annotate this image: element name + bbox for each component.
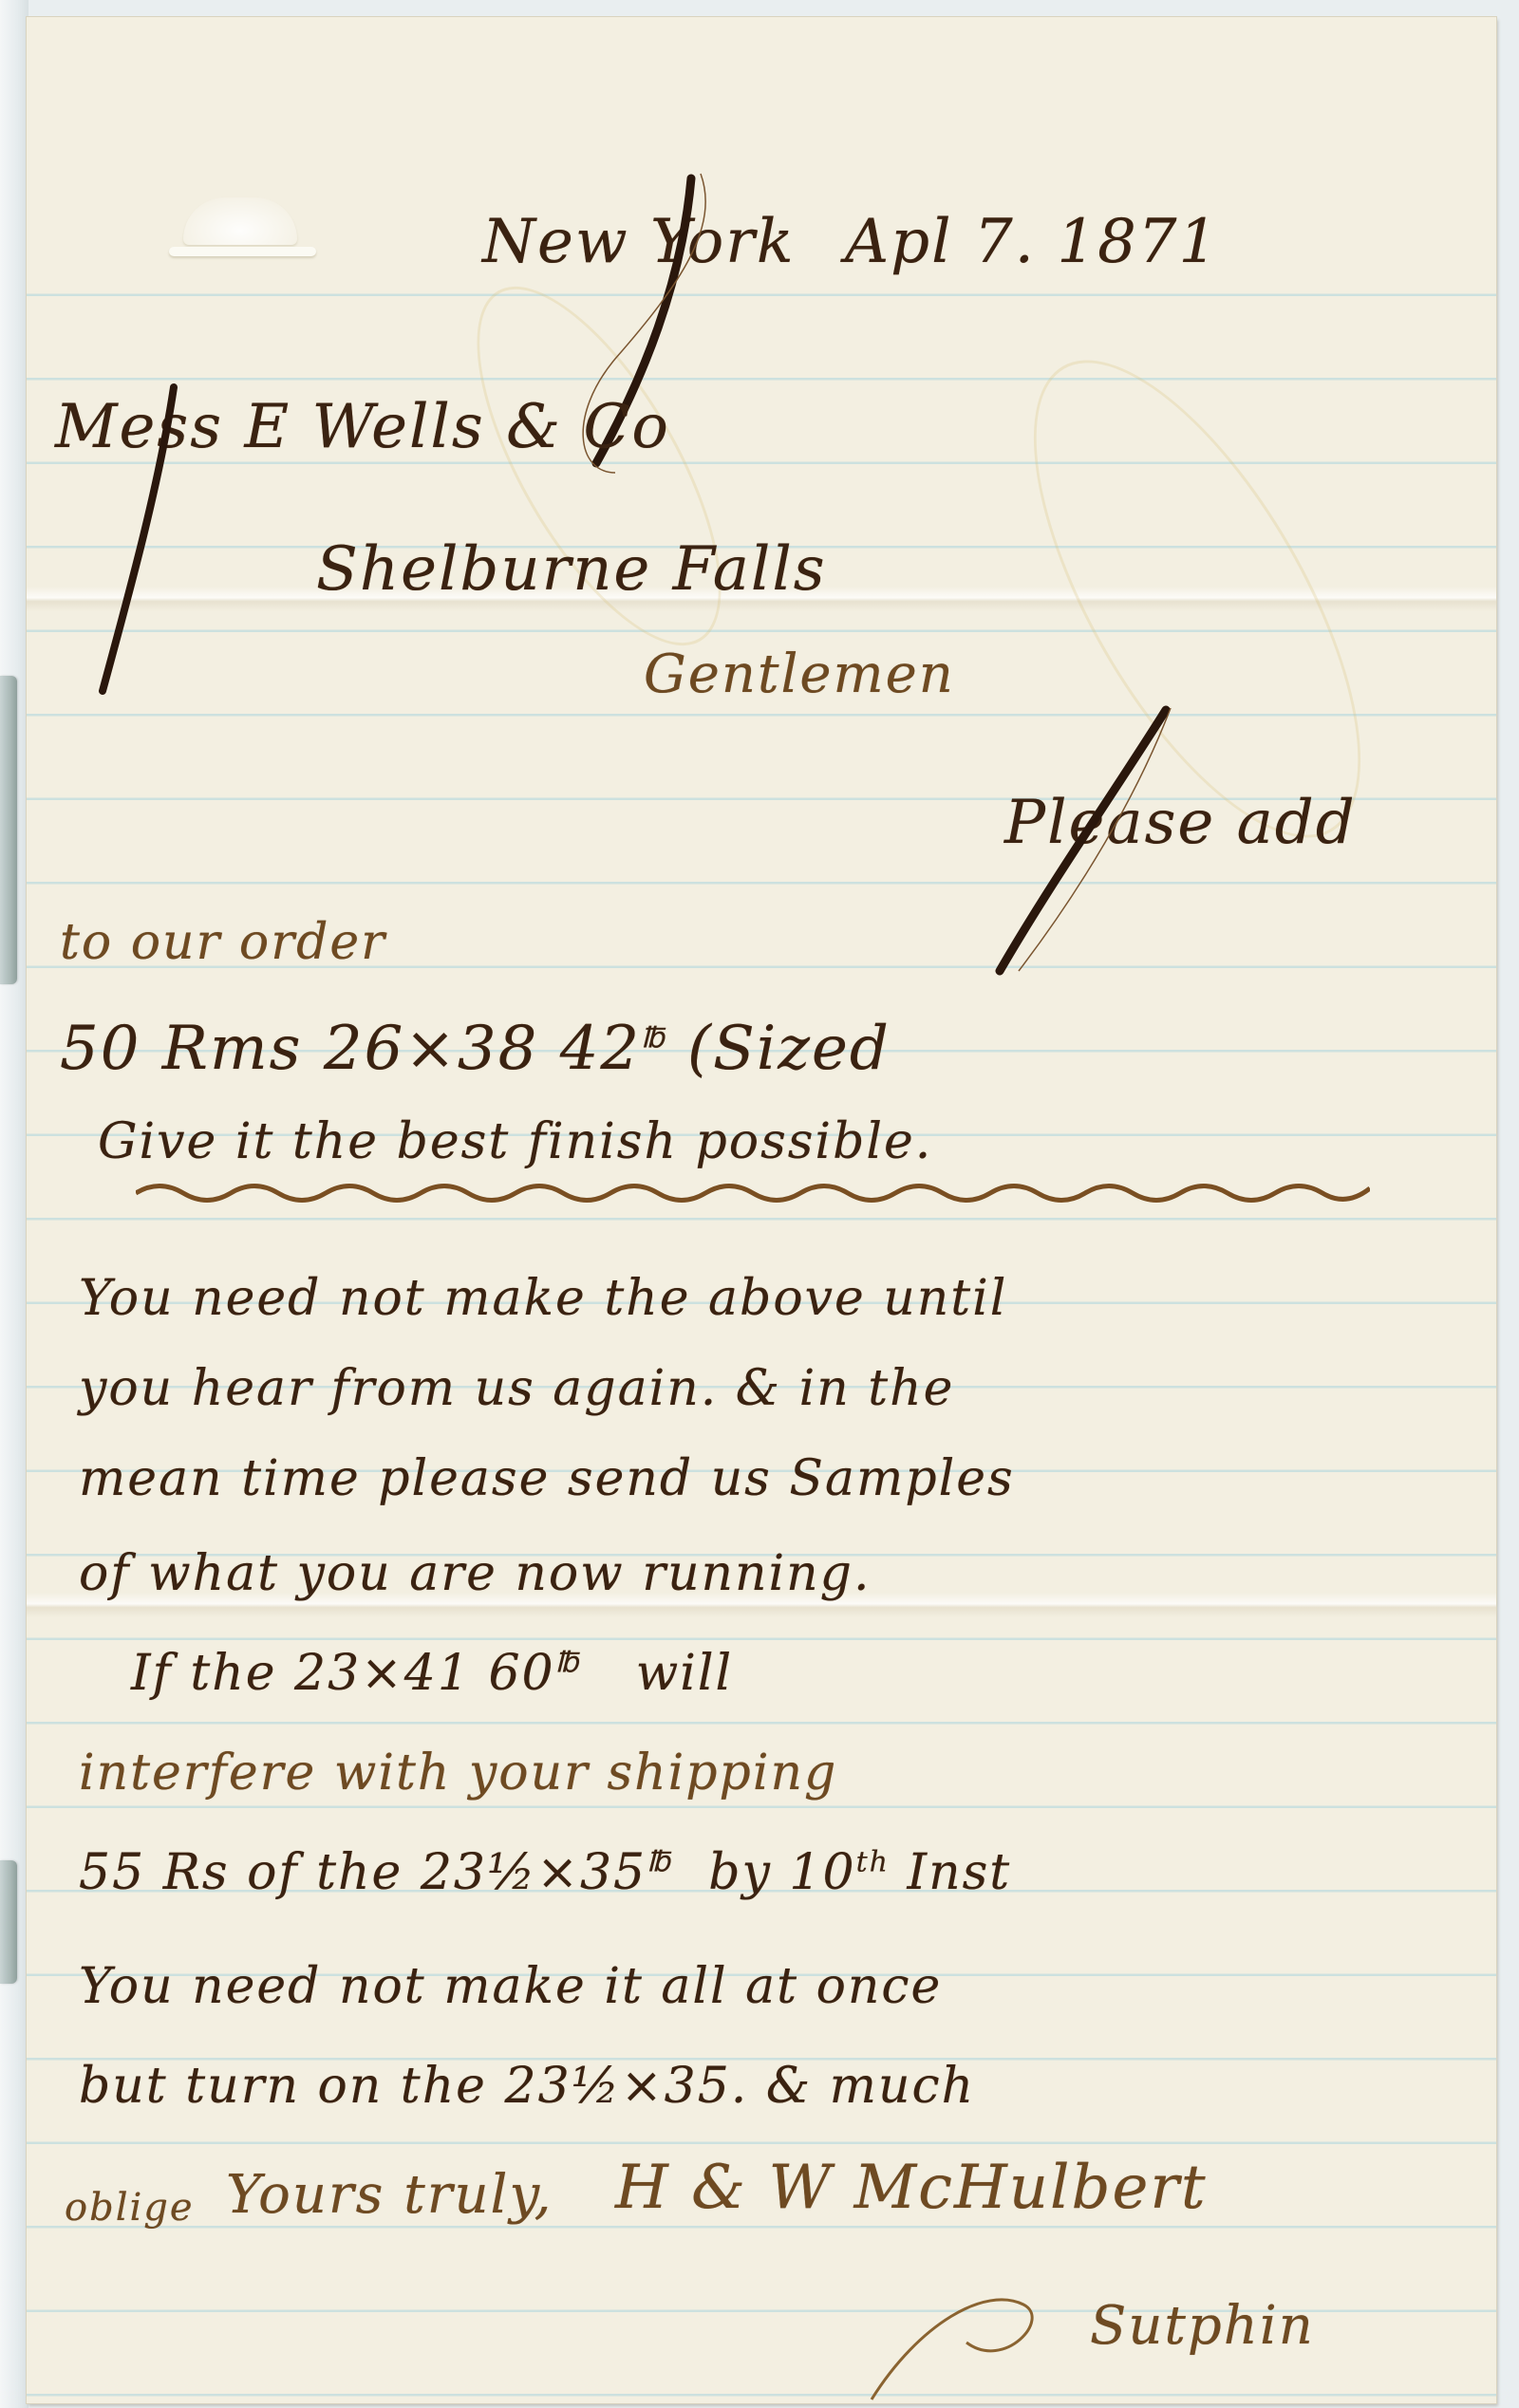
body-line-12: but turn on the 23½×35. & much bbox=[79, 2058, 975, 2115]
order-line: 50 Rms 26×38 42℔ (Sized bbox=[60, 1014, 891, 1084]
ruled-lines bbox=[27, 17, 1496, 2403]
dateline-date: Apl 7. 1871 bbox=[845, 207, 1219, 277]
body-line-4: You need not make the above until bbox=[79, 1270, 1007, 1327]
body-line-8: If the 23×41 60℔ will bbox=[131, 1645, 733, 1702]
opening: Please add bbox=[1004, 788, 1357, 858]
dateline-place: New York bbox=[482, 207, 796, 277]
dateline: New York Apl 7. 1871 bbox=[482, 207, 1219, 277]
body-line-6: mean time please send us Samples bbox=[79, 1450, 1015, 1507]
signature-second-line: Sutphin bbox=[1090, 2295, 1315, 2357]
embossed-crown-stamp bbox=[159, 197, 321, 264]
letter-sheet: New York Apl 7. 1871 Mess E Wells & Co S… bbox=[27, 17, 1496, 2403]
addressee-location: Shelburne Falls bbox=[316, 534, 827, 605]
wavy-underline bbox=[136, 1179, 1370, 1207]
closing-oblige: oblige bbox=[65, 2186, 195, 2230]
signature: H & W McHulbert bbox=[615, 2153, 1208, 2223]
addressee-name: Mess E Wells & Co bbox=[55, 392, 670, 462]
body-line-9: interfere with your shipping bbox=[79, 1745, 837, 1801]
salutation: Gentlemen bbox=[644, 644, 955, 705]
back-sheet-edge bbox=[0, 0, 28, 2408]
body-line-10: 55 Rs of the 23½×35℔ by 10th Inst bbox=[79, 1844, 1011, 1901]
paper-tab-lower bbox=[0, 1860, 17, 1984]
body-line-1: to our order bbox=[60, 914, 386, 971]
body-line-5: you hear from us again. & in the bbox=[79, 1360, 954, 1417]
paper-tab-upper bbox=[0, 676, 17, 984]
emphasis-line: Give it the best finish possible. bbox=[98, 1113, 932, 1170]
crown-icon bbox=[183, 197, 297, 245]
closing-valediction: Yours truly, bbox=[226, 2164, 553, 2226]
body-line-11: You need not make it all at once bbox=[79, 1958, 942, 2015]
body-line-7: of what you are now running. bbox=[79, 1545, 871, 1602]
